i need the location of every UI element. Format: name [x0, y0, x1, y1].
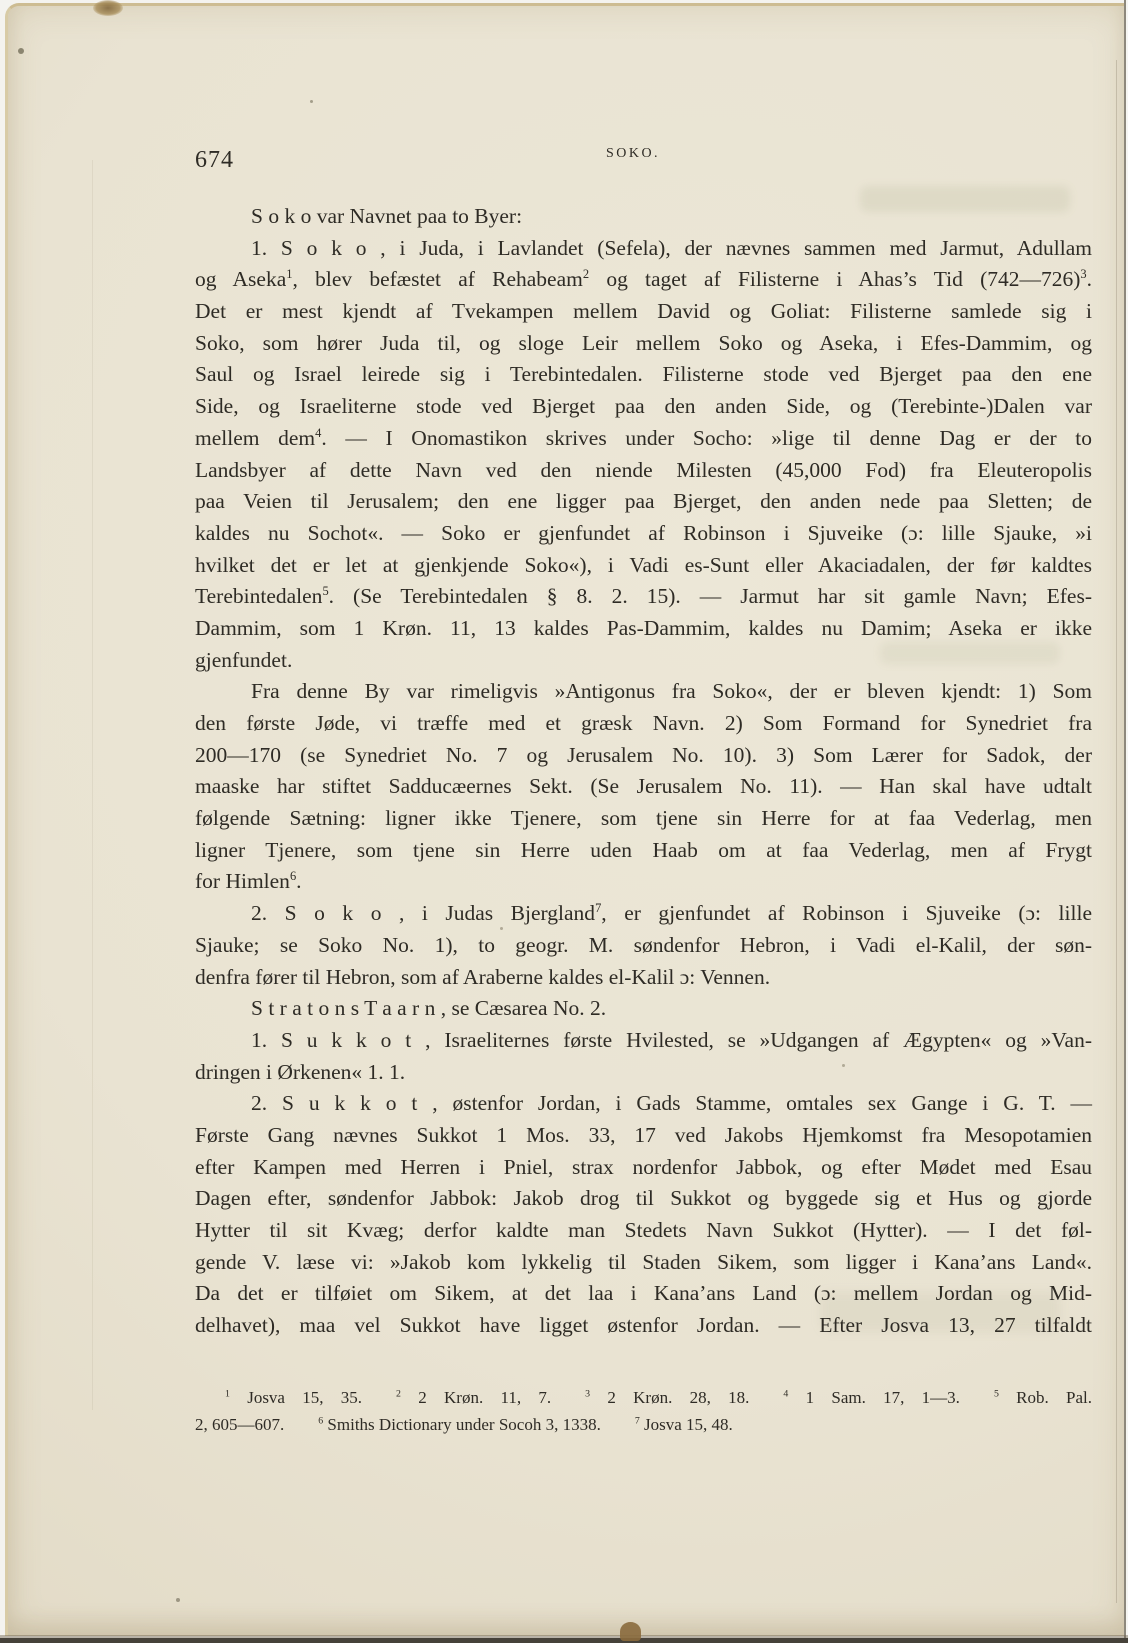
text-line: Fra denne By var rimeligvis »Antigonus f… — [195, 676, 1092, 708]
text-line: Saul og Israel leirede sig i Terebinteda… — [195, 359, 1092, 391]
text-line: Dagen efter, søndenfor Jabbok: Jakob dro… — [195, 1183, 1092, 1215]
text-line: Det er mest kjendt af Tvekampen mellem D… — [195, 296, 1092, 328]
footnote-line: 1 Josva 15, 35. 2 2 Krøn. 11, 7. 3 2 Krø… — [195, 1384, 1092, 1411]
running-head: SOKO. — [183, 146, 1083, 162]
text-line: hvilket det er let at gjenkjende Soko«),… — [195, 550, 1092, 582]
text-line: ligner Tjenere, som tjene sin Herre uden… — [195, 835, 1092, 867]
text-line: Første Gang nævnes Sukkot 1 Mos. 33, 17 … — [195, 1120, 1092, 1152]
text-line: mellem dem4. — I Onomastikon skrives und… — [195, 423, 1092, 455]
text-line: dringen i Ørkenen« 1. 1. — [195, 1057, 1092, 1089]
text-line: S t r a t o n s T a a r n , se Cæsarea N… — [195, 993, 1092, 1025]
text-line: Side, og Israeliterne stode ved Bjerget … — [195, 391, 1092, 423]
text-line: maaske har stiftet Sadducæernes Sekt. (S… — [195, 771, 1092, 803]
page-edge-line-bottom — [0, 1638, 1128, 1643]
text-line: Sjauke; se Soko No. 1), to geogr. M. søn… — [195, 930, 1092, 962]
text-line: 1. S o k o , i Juda, i Lavlandet (Sefela… — [195, 233, 1092, 265]
text-line: gende V. læse vi: »Jakob kom lykkelig ti… — [195, 1247, 1092, 1279]
text-line: Terebintedalen5. (Se Terebintedalen § 8.… — [195, 581, 1092, 613]
text-line: Soko, som hører Juda til, og sloge Leir … — [195, 328, 1092, 360]
text-line: for Himlen6. — [195, 866, 1092, 898]
text-line: denfra fører til Hebron, som af Araberne… — [195, 962, 1092, 994]
scanned-book-page: { "colors": { "paper": "#eae4d3", "ink":… — [0, 0, 1128, 1643]
text-line: Hytter til sit Kvæg; derfor kaldte man S… — [195, 1215, 1092, 1247]
text-line: 2. S u k k o t , østenfor Jordan, i Gads… — [195, 1088, 1092, 1120]
footnote-block: 1 Josva 15, 35. 2 2 Krøn. 11, 7. 3 2 Krø… — [195, 1384, 1092, 1438]
text-line: paa Veien til Jerusalem; den ene ligger … — [195, 486, 1092, 518]
text-block: S o k o var Navnet paa to Byer:1. S o k … — [195, 201, 1092, 1342]
text-line: S o k o var Navnet paa to Byer: — [195, 201, 1092, 233]
text-line: den første Jøde, vi træffe med et græsk … — [195, 708, 1092, 740]
text-line: og Aseka1, blev befæstet af Rehabeam2 og… — [195, 264, 1092, 296]
text-line: gjenfundet. — [195, 645, 1092, 677]
footnote-line: 2, 605—607. 6 Smiths Dictionary under So… — [195, 1411, 1092, 1438]
text-line: 200—170 (se Synedriet No. 7 og Jerusalem… — [195, 740, 1092, 772]
text-line: kaldes nu Sochot«. — Soko er gjenfundet … — [195, 518, 1092, 550]
text-line: delhavet), maa vel Sukkot have ligget øs… — [195, 1310, 1092, 1342]
text-line: Landsbyer af dette Navn ved den niende M… — [195, 455, 1092, 487]
text-line: 2. S o k o , i Judas Bjergland7, er gjen… — [195, 898, 1092, 930]
text-line: Da det er tilføiet om Sikem, at det laa … — [195, 1278, 1092, 1310]
text-line: 1. S u k k o t , Israeliternes første Hv… — [195, 1025, 1092, 1057]
text-line: Dammim, som 1 Krøn. 11, 13 kaldes Pas-Da… — [195, 613, 1092, 645]
text-line: følgende Sætning: ligner ikke Tjenere, s… — [195, 803, 1092, 835]
text-line: efter Kampen med Herren i Pniel, strax n… — [195, 1152, 1092, 1184]
